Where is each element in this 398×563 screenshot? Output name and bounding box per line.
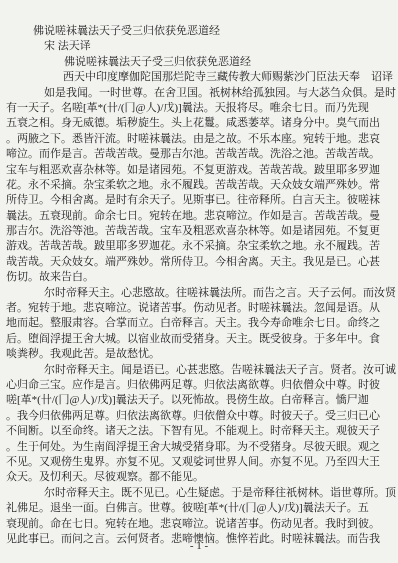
text-line: 尔时帝释天主。闻是语已。心甚悲愍。告嗟袜曩法天子言。贤者。汝可诚	[6, 363, 396, 378]
page-number: - 1 -	[0, 540, 398, 553]
text-line: 后。堕阎浮提王舍大城。以宿业故而受猪身。天主。既受彼身。于多年中。食	[6, 332, 396, 347]
text-line: 尔时帝释天主。心悲愍故。往嗟袜曩法所。而告之言。天子云何。而汝贤	[6, 286, 396, 301]
sutra-page: 佛说嗟袜曩法天子受三归依获免恶道经宋 法天译佛说嗟袜曩法天子受三归依获免恶道经西…	[0, 0, 398, 563]
text-line: 。生于何处。为生南阎浮提王舍大城受猪身耶。为不受猪身。尽彼天眼。观之	[6, 440, 396, 455]
text-line: 众天。及忉利天。尽彼观察。都不能见。	[6, 470, 396, 485]
text-line: 宋 法天译	[6, 39, 396, 54]
text-line: 曩法。五衰现前。命余七日。宛转在地。悲哀啼泣。作如是言。苦哉苦哉。曼	[6, 209, 396, 224]
text-line: 者。宛转于地。悲哀啼泣。说诸苦事。伤动见者。时嗟袜曩法。忽闻是语。从	[6, 301, 396, 316]
text-line: 五衰之相。身无威德。垢秽旋生。头上花鬘。咸悉萎萃。诸身分中。臭气而出	[6, 116, 396, 131]
text-line: 如是我闻。一时世尊。在舍卫国。祇树林给孤独园。与大苾刍众俱。是时	[6, 86, 396, 101]
text-line: 心归命三宝。应作是言。归依佛两足尊。归依法离欲尊。归依僧众中尊。时彼	[6, 378, 396, 393]
text-line: 佛说嗟袜曩法天子受三归依获免恶道经	[6, 55, 396, 70]
text-line: 礼佛足。退坐一面。白佛言。世尊。彼嗟[革*(卄/(冂@人)/戊)]曩法天子。五	[6, 501, 396, 516]
text-line: 宝车与粗恶欢喜杂林等。如是诸园苑。不复更游戏。苦哉苦哉。跛里耶多罗迦	[6, 163, 396, 178]
text-line: 游戏。苦哉苦哉。跛里耶多罗迦花。永不采摘。杂宝柔软之地。永不履践。苦	[6, 239, 396, 254]
text-line: 不间断。以至命终。诸天之法。下智有见。不能观上。时帝释天主。观彼天子	[6, 424, 396, 439]
text-line: 有一天子。名嗟[革*(卄/(冂@人)/戊)]曩法。天报将尽。唯余七日。而乃先现	[6, 101, 396, 116]
text-line: 尔时帝释天主。既不见已。心生疑虑。于是帝释往祇树林。诣世尊所。顶	[6, 486, 396, 501]
text-line: 所侍卫。今相舍离。是时有余天子。见斯事已。往帝释所。白言天主。彼嗟袜	[6, 193, 396, 208]
text-line: 衰现前。命在七日。宛转在地。悲哀啼泣。说诸苦事。伤动见者。我时到彼。	[6, 517, 396, 532]
text-line: 那吉尔。洗浴等池。苦哉苦哉。宝车及粗恶欢喜杂林等。如是诸园苑。不复更	[6, 224, 396, 239]
text-line: 地而起。整服肃容。合掌而立。白帝释言。天主。我今寿命唯余七日。命终之	[6, 316, 396, 331]
text-line: 啼泣。而作是言。苦哉苦哉。曼那吉尔池。苦哉苦哉。洗浴之池。苦哉苦哉。	[6, 147, 396, 162]
text-line: 不见。又观傍生鬼界。亦复不见。又观娑诃世界人间。亦复不见。乃至四大王	[6, 455, 396, 470]
text-line: 啖粪秽。我观此苦。是故愁忧。	[6, 347, 396, 362]
text-line: 。两腋之下。悉皆汗流。时嗟袜曩法。由是之故。不乐本座。宛转于地。悲哀	[6, 132, 396, 147]
text-line: 哉苦哉。天众妓女。端严殊妙。常所侍卫。今相舍离。天主。我见是已。心甚	[6, 255, 396, 270]
text-line: 伤切。故来告白。	[6, 270, 396, 285]
text-line: 佛说嗟袜曩法天子受三归依获免恶道经	[6, 24, 396, 39]
text-line: 花。永不采摘。杂宝柔软之地。永不履践。苦哉苦哉。天众妓女端严殊妙。常	[6, 178, 396, 193]
sutra-text: 佛说嗟袜曩法天子受三归依获免恶道经宋 法天译佛说嗟袜曩法天子受三归依获免恶道经西…	[6, 24, 396, 547]
text-line: 。我今归依佛两足尊。归依法离欲尊。归依僧众中尊。时彼天子。受三归已心	[6, 409, 396, 424]
text-line: 嗟[革*(卄/(冂@人)/戊)]曩法天子。以死怖故。畏傍生故。白帝释言。憍尸迦	[6, 393, 396, 408]
text-line: 西天中印度摩伽陀国那烂陀寺三藏传教大师赐紫沙门臣法天奉 诏译	[6, 70, 396, 85]
